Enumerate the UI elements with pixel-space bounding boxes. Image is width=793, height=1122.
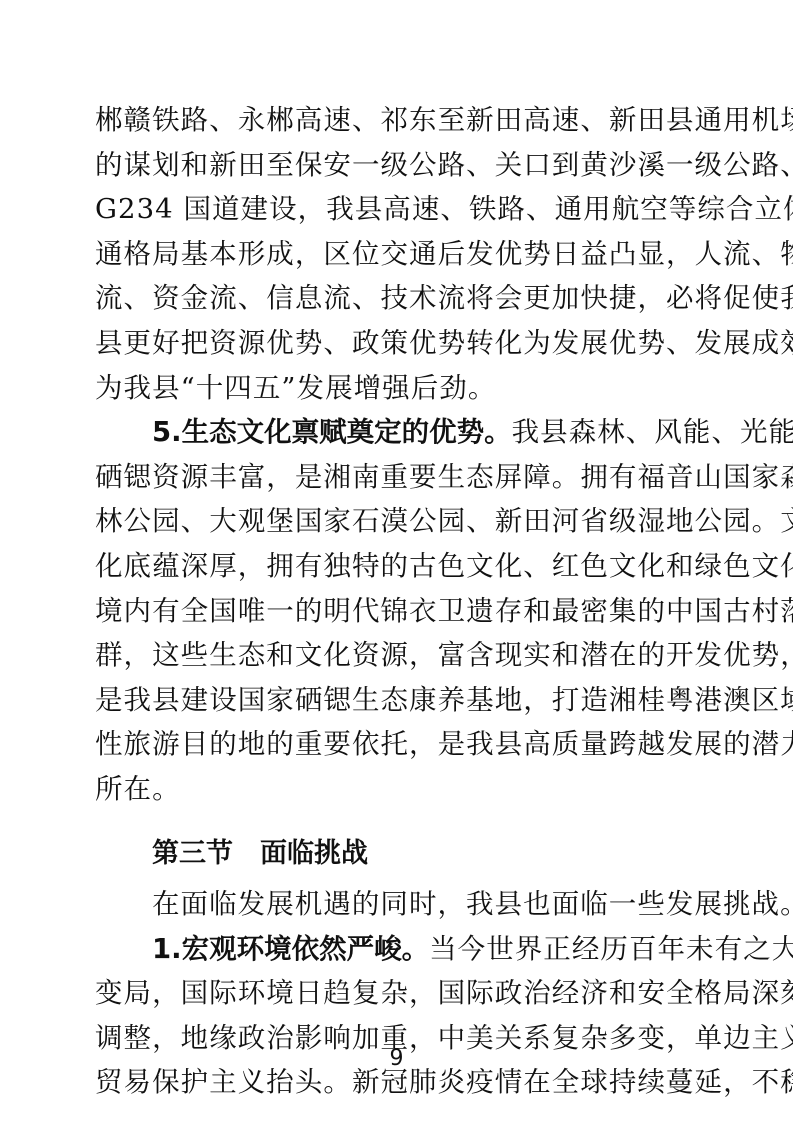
text-line-first: 5.生态文化禀赋奠定的优势。我县森林、风能、光能、 (95, 410, 699, 455)
text-line: 硒锶资源丰富，是湘南重要生态屏障。拥有福音山国家森 (95, 455, 699, 500)
text-line: 流、资金流、信息流、技术流将会更加快捷，必将促使我 (95, 276, 699, 321)
text-line: 郴赣铁路、永郴高速、祁东至新田高速、新田县通用机场 (95, 98, 699, 143)
paragraph-transport: 郴赣铁路、永郴高速、祁东至新田高速、新田县通用机场 的谋划和新田至保安一级公路、… (95, 98, 699, 410)
text-line: 通格局基本形成，区位交通后发优势日益凸显，人流、物 (95, 232, 699, 277)
text-line: 林公园、大观堡国家石漠公园、新田河省级湿地公园。文 (95, 499, 699, 544)
text-line: 群，这些生态和文化资源，富含现实和潜在的开发优势， (95, 633, 699, 678)
text-line: 性旅游目的地的重要依托，是我县高质量跨越发展的潜力 (95, 722, 699, 767)
text-line: 县更好把资源优势、政策优势转化为发展优势、发展成效， (95, 321, 699, 366)
text-line: 变局，国际环境日趋复杂，国际政治经济和安全格局深刻 (95, 971, 699, 1016)
paragraph-ecology-culture: 5.生态文化禀赋奠定的优势。我县森林、风能、光能、 硒锶资源丰富，是湘南重要生态… (95, 410, 699, 811)
text-line: 境内有全国唯一的明代锦衣卫遗存和最密集的中国古村落 (95, 589, 699, 634)
text-line: 为我县“十四五”发展增强后劲。 (95, 366, 699, 411)
paragraph-lead-heading: 5.生态文化禀赋奠定的优势。 (152, 416, 512, 448)
paragraph-intro: 在面临发展机遇的同时，我县也面临一些发展挑战。 (95, 882, 699, 927)
text-line: 的谋划和新田至保安一级公路、关口到黄沙溪一级公路、 (95, 143, 699, 188)
text-line-first: 1.宏观环境依然严峻。当今世界正经历百年未有之大 (95, 927, 699, 972)
section-heading: 第三节 面临挑战 (95, 832, 699, 877)
document-page: 郴赣铁路、永郴高速、祁东至新田高速、新田县通用机场 的谋划和新田至保安一级公路、… (95, 98, 699, 1105)
text-line: 化底蕴深厚，拥有独特的古色文化、红色文化和绿色文化。 (95, 544, 699, 589)
paragraph-lead-heading: 1.宏观环境依然严峻。 (152, 933, 429, 965)
text-run: 我县森林、风能、光能、 (512, 416, 793, 448)
spacer (95, 812, 699, 832)
paragraph-macro-environment: 1.宏观环境依然严峻。当今世界正经历百年未有之大 变局，国际环境日趋复杂，国际政… (95, 927, 699, 1105)
text-line: G234 国道建设，我县高速、铁路、通用航空等综合立体交 (95, 187, 699, 232)
text-line: 所在。 (95, 767, 699, 812)
text-line: 是我县建设国家硒锶生态康养基地，打造湘桂粤港澳区域 (95, 678, 699, 723)
text-run: 当今世界正经历百年未有之大 (429, 933, 793, 965)
page-number: 9 (0, 1046, 793, 1071)
